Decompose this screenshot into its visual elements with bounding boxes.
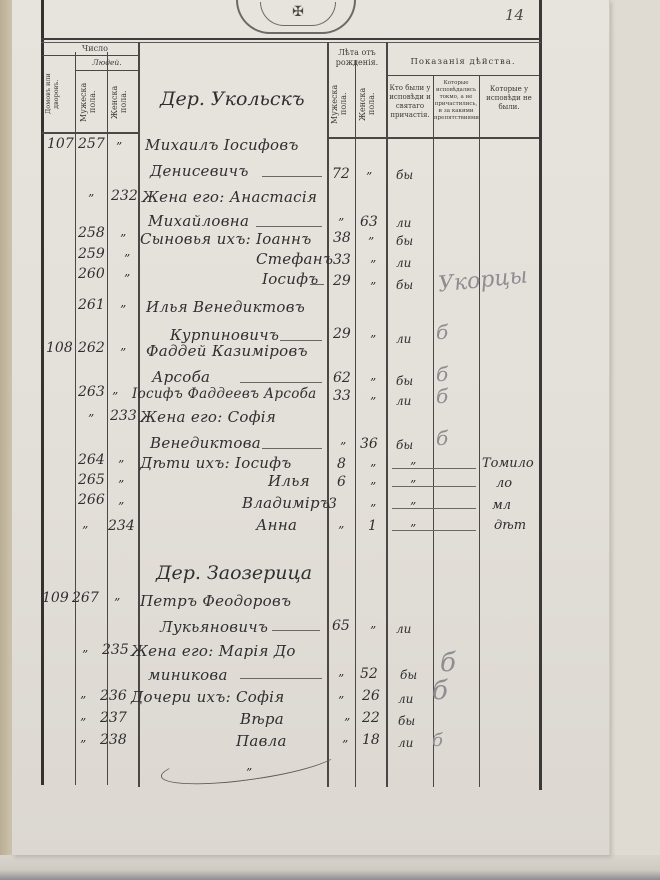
male-number: 262	[78, 340, 105, 356]
header-dvorov: Домовъ или дворовъ.	[44, 58, 72, 130]
age-male: ”	[338, 694, 344, 708]
footer-ditto: ”	[246, 766, 252, 780]
confession-mark: бы	[396, 374, 413, 388]
age-female: ”	[366, 170, 372, 184]
person-name: Денисевичъ	[150, 162, 249, 180]
confession-mark: ”	[410, 460, 416, 474]
dvor-number: 107	[47, 136, 74, 152]
person-name: Илья	[268, 472, 310, 490]
female-number: ”	[120, 346, 126, 360]
frame-right-border	[539, 0, 542, 790]
confession-mark: ли	[396, 216, 411, 230]
page-stack-bottom	[0, 855, 660, 880]
age-male: ”	[340, 440, 346, 454]
confession-mark: ли	[398, 692, 413, 706]
age-male: 29	[333, 273, 351, 289]
age-male: 6	[337, 474, 346, 490]
confession-mark: ли	[396, 332, 411, 346]
male-number: 267	[72, 590, 99, 606]
female-number: 236	[100, 688, 127, 704]
fill-dash	[392, 468, 476, 469]
crest-emblem-icon: ✠	[236, 0, 356, 34]
top-rule	[41, 38, 541, 40]
fill-dash	[262, 176, 322, 177]
female-number: ”	[118, 458, 124, 472]
person-name: Іосифъ Фаддеевъ Арсоба	[132, 386, 317, 402]
confession-mark: бы	[400, 668, 417, 682]
pencil-checkmark: б	[436, 426, 448, 450]
confession-mark: ли	[398, 736, 413, 750]
header-chislo: Число	[75, 44, 115, 53]
person-name: Сыновья ихъ: Іоаннъ	[140, 230, 312, 248]
male-number: ”	[80, 738, 86, 752]
female-number: 233	[110, 408, 137, 424]
confession-mark: ли	[396, 622, 411, 636]
male-number: ”	[88, 192, 94, 206]
confession-mark: ”	[410, 522, 416, 536]
confession-mark: ли	[396, 394, 411, 408]
age-male: ”	[338, 672, 344, 686]
age-female: 36	[360, 436, 378, 452]
female-number: ”	[118, 478, 124, 492]
age-male: 33	[333, 388, 351, 404]
person-name: Анна	[256, 516, 297, 534]
person-name: Петръ Феодоровъ	[140, 592, 291, 610]
pencil-checkmark: б	[432, 730, 443, 751]
age-female: ”	[370, 280, 376, 294]
person-name: Илья Венедиктовъ	[146, 298, 305, 316]
male-number: 259	[78, 246, 105, 262]
person-name: Дѣти ихъ: Іосифъ	[140, 454, 292, 472]
female-number: 237	[100, 710, 127, 726]
header-pokazaniya: Показанія дѣйства.	[388, 57, 538, 67]
age-female: ”	[370, 462, 376, 476]
confession-mark: бы	[396, 438, 413, 452]
col-divider-age-f	[386, 42, 388, 787]
person-name: Михаилъ Іосифовъ	[145, 136, 299, 154]
age-male: 33	[333, 252, 351, 268]
header-leta-male: Мужеска пола.	[330, 76, 354, 132]
person-name: Жена его: Анастасія	[142, 188, 317, 206]
female-number: 235	[102, 642, 129, 658]
pencil-checkmark: б	[436, 362, 448, 386]
person-name: Владиміръ	[242, 494, 330, 512]
male-number: 265	[78, 472, 105, 488]
col-divider-dvor	[75, 52, 76, 785]
male-number: 258	[78, 225, 105, 241]
age-male: ”	[342, 738, 348, 752]
col-divider-male	[107, 52, 108, 785]
age-male: 8	[337, 456, 346, 472]
village-heading: Дер. Заозерица	[156, 562, 312, 584]
female-number: 238	[100, 732, 127, 748]
fill-dash	[392, 530, 476, 531]
fill-dash	[256, 226, 322, 227]
col-divider-name	[327, 42, 329, 787]
male-number: ”	[82, 524, 88, 538]
not-confessed-note: ло	[496, 476, 512, 491]
confession-mark: ”	[410, 500, 416, 514]
age-female: ”	[370, 502, 376, 516]
fill-dash	[392, 508, 476, 509]
fill-dash	[392, 486, 476, 487]
male-number: 263	[78, 384, 105, 400]
male-number: ”	[88, 412, 94, 426]
age-male: 3	[328, 496, 337, 512]
col-divider-age-m	[355, 60, 356, 787]
male-number: ”	[82, 648, 88, 662]
fill-dash	[272, 630, 320, 631]
confession-mark: бы	[398, 714, 415, 728]
female-number: ”	[120, 303, 126, 317]
age-male: 72	[332, 166, 350, 182]
male-number: 260	[78, 266, 105, 282]
person-name: Іосифъ	[262, 270, 319, 288]
header-not-confessed: Которые у исповѣди не были.	[481, 85, 537, 112]
village-heading: Дер. Укольскъ	[160, 88, 305, 110]
header-bottom-right	[327, 137, 539, 139]
pencil-checkmark: б	[436, 384, 448, 408]
age-female: 52	[360, 666, 378, 682]
male-number: 257	[78, 136, 105, 152]
person-name: Жена его: Софія	[140, 408, 276, 426]
confession-mark: бы	[396, 168, 413, 182]
person-name: Арсоба	[152, 368, 210, 386]
confession-mark: бы	[396, 234, 413, 248]
age-male: ”	[338, 524, 344, 538]
female-number: 234	[108, 518, 135, 534]
female-number: ”	[120, 232, 126, 246]
top-rule-thin	[41, 42, 541, 43]
age-female: ”	[370, 624, 376, 638]
age-female: 26	[362, 688, 380, 704]
female-number: ”	[124, 252, 130, 266]
header-bottom-left	[42, 132, 138, 134]
male-number: ”	[80, 694, 86, 708]
male-number: 264	[78, 452, 105, 468]
fill-dash	[262, 448, 322, 449]
age-female: 18	[362, 732, 380, 748]
age-female: ”	[370, 376, 376, 390]
person-name: Стефанъ	[256, 250, 333, 268]
fill-dash	[240, 678, 322, 679]
not-confessed-note: мл	[492, 498, 511, 513]
header-rule-chislo	[42, 55, 138, 56]
age-male: 38	[333, 230, 351, 246]
age-male: 65	[332, 618, 350, 634]
pencil-checkmark: б	[436, 320, 448, 344]
pencil-checkmark: б	[432, 676, 448, 706]
age-female: ”	[368, 235, 374, 249]
confession-mark: ”	[410, 478, 416, 492]
person-name: Дочери ихъ: Софія	[131, 688, 284, 706]
col-divider-partial	[479, 75, 480, 787]
confession-mark: ли	[396, 256, 411, 270]
header-rule-lyudey	[75, 70, 138, 71]
male-number: 261	[78, 297, 105, 313]
person-name: Жена его: Марія До	[131, 642, 296, 660]
fill-dash	[310, 284, 324, 285]
dvor-number: 108	[46, 340, 73, 356]
age-female: ”	[370, 258, 376, 272]
male-number: ”	[80, 716, 86, 730]
person-name: Лукьяновичъ	[160, 618, 268, 636]
header-leta: Лѣта отъ рожденія.	[330, 48, 384, 68]
header-confessed-only: Которые исповѣдались токмо, а не причаст…	[434, 80, 478, 122]
adjacent-page-edge	[610, 0, 660, 855]
male-number: 266	[78, 492, 105, 508]
age-female: ”	[370, 395, 376, 409]
not-confessed-note: Томило	[482, 456, 534, 471]
age-female: ”	[370, 480, 376, 494]
pencil-checkmark: б	[440, 648, 456, 678]
fill-dash	[240, 382, 322, 383]
page-number: 14	[505, 6, 524, 24]
person-name: Михайловна	[148, 212, 249, 230]
female-number: ”	[114, 596, 120, 610]
age-male: 62	[333, 370, 351, 386]
person-name: Вѣра	[240, 710, 284, 728]
age-male: ”	[338, 216, 344, 230]
person-name: Фаддей Казиміровъ	[146, 342, 308, 360]
person-name: Венедиктова	[150, 434, 261, 452]
fill-dash	[280, 340, 322, 341]
header-leta-female: Женска пола.	[358, 76, 384, 132]
age-male: ”	[344, 716, 350, 730]
header-female: Женска пола.	[110, 74, 136, 130]
person-name: миникова	[148, 666, 228, 684]
dvor-number: 109	[42, 590, 69, 606]
header-rule-pokazaniya	[386, 75, 539, 76]
confession-mark: бы	[396, 278, 413, 292]
female-number: ”	[116, 140, 122, 154]
header-confessed: Кто были у исповѣди и святаго причастія.	[388, 84, 432, 120]
header-male: Мужеска пола.	[79, 74, 105, 130]
female-number: ”	[124, 272, 130, 286]
age-female: ”	[370, 333, 376, 347]
header-lyudey: Людей.	[78, 58, 136, 67]
female-number: ”	[118, 500, 124, 514]
female-number: 232	[111, 188, 138, 204]
age-female: 22	[362, 710, 380, 726]
not-confessed-note: дѣт	[494, 518, 526, 533]
female-number: ”	[112, 390, 118, 404]
age-female: 63	[360, 214, 378, 230]
age-female: 1	[368, 518, 377, 534]
age-male: 29	[333, 326, 351, 342]
